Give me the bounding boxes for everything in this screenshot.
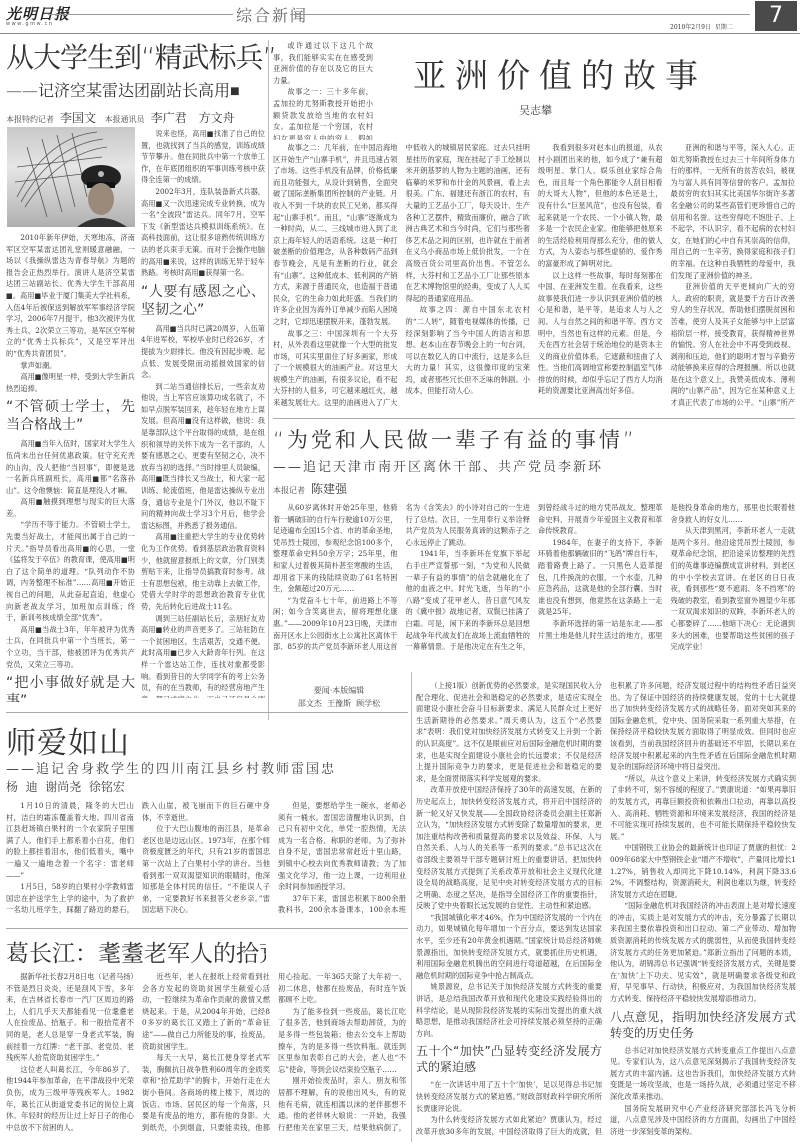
date-text: 2010年2月9日 [670,24,711,31]
page-number-box: 7 [755,1,797,31]
issue-date: 2010年2月9日 星期二 [670,22,733,31]
byline-label: 本报通讯员 [105,115,145,124]
paragraph: 以上这样一些故事，每时每刻都在中国、在亚洲发生着。在我看来，这些故事使我们进一步… [538,270,663,398]
paragraph: 或许通过以下这几个故事，我们能够实实在在感受到亚洲价值的存在以及它的巨大力量。 [273,40,373,86]
paragraph: 2002年3月，连队装备新式兵器，高用■又一次迅速完成专业转换，成为一名“全波段… [141,186,265,279]
paragraph: 近些年，老人在报纸上经常看到社会各方发起的资助贫困学生献爱心活动，一腔继续为革命… [142,971,270,1052]
article5-title: 葛长江：耄耋老军人的拾荒助学情 [6,935,266,968]
section-divider [6,928,408,929]
paragraph: “我国城镇化率才46%，作为中国经济发展的一个内在动力，如果城镇化每年增加一个百… [416,912,602,982]
article2-title: 亚洲价值的故事 [413,50,707,97]
paragraph: 高用■当战士3年，年年被评为优秀士兵，在同批兵中第一个当班长，第一个立功，当干部… [6,624,135,670]
paragraph: 中国钢铁工业协会的最新统计也印证了贾康的担忧：2009年68家大中型钢铁企业“增… [610,842,796,900]
paragraph: 从60岁离休时开始25年里，他骑着一辆破旧的自行车行驶逾10万公里，足迹遍布全国… [273,502,398,595]
masthead: 光明日报 www.gmw.cn 综合新闻 2010年2月9日 星期二 7 [0,0,800,34]
paragraph: 调到三站任副站长后，亲朋好友劝高用■转业的声音更多了。三站驻防在一个贫困地区，生… [141,613,265,698]
article3-byline: 本报记者陈建强 [273,480,353,497]
paragraph: 说来也怪，高用■找准了自己的位置，也就找到了当兵的感觉，训练成绩节节攀升。他在同… [141,128,265,186]
radar-officer-image [7,127,135,227]
paragraph: 姚景源说，总书记关于加快经济发展方式转变的重要讲话，是总结我国改革开放和现代化建… [416,981,602,1039]
author-name: 李广君 [151,111,187,125]
paragraph: 故事之四：源自中国东北农村的“二人转”，随着电视媒体的传播，已经深刻影响了当今中… [406,304,531,397]
paragraph: 高用■触摸到理想与现实的巨大落差。 [6,496,135,519]
paragraph: 改革开放使中国经济保持了30年的高速发展，在新的历史起点上，加快转变经济发展方式… [416,784,602,912]
paragraph: 这位老人叫葛长江，今年86岁了。他1944年参加革命，在平津战役中光荣负伤，成为… [6,1064,134,1134]
article5-body: 据新华社长春2月8日电（记者马扬）不管是烈日炎炎，还是刮风下雪，多年来，在吉林省… [6,971,406,1139]
weekday-text: 星期二 [715,24,733,31]
article2-body: 故事之二：几年前，在中国沿海地区开始生产“山寨手机”，并且迅速占领了市场。这些手… [273,142,795,414]
paragraph: 据新华社长春2月8日电（记者马扬）不管是烈日炎炎，还是刮风下雪，多年来，在吉林省… [6,971,134,1064]
article2-lead-col: 或许通过以下这几个故事，我们能够实实在在感受到亚洲价值的存在以及它的巨大力量。 … [273,40,373,140]
paragraph: 到二站当通信排长后，一些亲友劝他说，当上军官应该算功成名就了，不如早点脱军装回来… [141,381,265,532]
paragraph: 为了能多捡到一些废品，葛长江吃了很多苦，他到商场去帮助卸货，为的是多得一些包装箱… [278,1006,406,1076]
paragraph: 但是，要想给学生一碗水，老师必须有一桶水。雷国忠清醒地认识到，自己只有初中文化，… [278,800,406,893]
paragraph: 2010年新年伊始，天寒地冻，济南军区空军某雷达团礼堂则暖意融融，一场以《我操纵… [6,232,135,360]
article1-col1: 2010年新年伊始，天寒地冻，济南军区空军某雷达团礼堂则暖意融融，一场以《我操纵… [6,232,135,702]
paragraph: 高用■当兵时已满20周岁，入伍第4年进军校，军校毕业时已经26岁，才提拔为少尉排… [141,323,265,381]
article4-title: 师爱如山 [6,718,130,762]
article3-subtitle: ——追记天津市南开区离休干部、共产党员李新环 [273,456,603,475]
article3-body: 从60岁离休时开始25年里，他骑着一辆破旧的自行车行驶逾10万公里，足迹遍布全国… [273,502,795,662]
article-economic-development: （上接1版）创新优势的必然要求，是实现国民收入分配合理化、促进社会和谐稳定的必然… [416,680,796,1140]
subheading: 八点意见，指明加快经济发展方式转变的历史任务 [610,1009,796,1041]
author-name: 陈建强 [311,482,347,496]
logo-url: www.gmw.cn [6,21,54,27]
paragraph: 高用■注重把大学生的专业优势转化为工作优势。看到基层政治教育资料少，他就留意报纸… [141,531,265,612]
masthead-bottom-rule [0,33,800,34]
paragraph: 高用■当年入伍时，国家对大学生入伍尚未出台任何优惠政策。驻守充充秃的山沟，没人把… [6,438,135,496]
paragraph: （上接1版）创新优势的必然要求，是实现国民收入分配合理化、促进社会和谐稳定的必然… [416,680,602,784]
editors-box: 要闻·本版编辑 邵文杰 王豫斯 顾学松 [273,684,405,720]
editors-label: 要闻·本版编辑 [273,684,405,697]
paragraph: 掌声如潮。 [6,360,135,372]
article4-authors: 杨 迪 谢尚尧 徐铭宏 [6,778,125,795]
paragraph: “国际金融危机对我国经济的冲击表面上是对增长速度的冲击，实质上是对发展方式的冲击… [610,900,796,1004]
paragraph: “所以，从这个意义上来讲，转变经济发展方式确实到了非转不可，刻不容缓的程度了。”… [610,773,796,843]
article1-byline: 本报特约记者李国文 本报通讯员李广君方文舟 [6,109,264,126]
paragraph: 我看到很多对赵本山的报道，从农村小剧团出来的他，如今成了“兼有超级明星、掌门人、… [538,142,663,270]
section-divider [273,418,795,419]
column-divider [268,40,269,720]
author-name: 李国文 [60,111,96,125]
subheading: 五十个“加快”凸显转变经济发展方式的紧迫感 [416,1043,602,1075]
byline-label: 本报特约记者 [6,115,54,124]
article-ge-changjiang: 葛长江：耄耋老军人的拾荒助学情 据新华社长春2月8日电（记者马扬）不管是烈日炎炎… [6,935,406,1140]
paragraph: 国务院发展研究中心产业经济研究部部长冯飞分析道，八点意见涉及中国经济的方方面面，… [610,1103,796,1138]
article2-author: 吴志攀 [519,102,552,118]
article6-body: （上接1版）创新优势的必然要求，是实现国民收入分配合理化、促进社会和谐稳定的必然… [416,680,796,1140]
article1-title: 从大学生到“精武标兵” [6,40,264,76]
masthead-rule-left [48,14,233,15]
article3-title: “为党和人民做一辈子有益的事情” [273,424,637,454]
paragraph: 位于大巴山腹地的南江县，是革命老区也是边远山区。1973年，在那个师资极度匮乏的… [142,823,270,916]
subheading: “把小事做好就是大事” [6,674,135,702]
editors-names: 邵文杰 王豫斯 顾学松 [273,697,405,710]
subheading: “不管硕士学士，先当合格战士” [6,398,135,434]
column-divider [411,672,412,1142]
article-asian-values: 或许通过以下这几个故事，我们能够实实在在感受到亚洲价值的存在以及它的巨大力量。 … [273,40,795,415]
subheading: “人要有感恩之心、坚韧之心” [141,283,265,319]
byline-label: 本报记者 [273,486,305,495]
article-li-xinhuan: “为党和人民做一辈子有益的事情” ——追记天津市南开区离休干部、共产党员李新环 … [273,422,795,667]
article4-body: 1月10日的清晨，隆冬的大巴山村，洁白的霜冻覆盖着大地。四川省南江县赶场镇白果村… [6,800,406,920]
paragraph: 1984年，在妻子的支持下，李新环骑着他那辆破旧的“飞鸽”牌自行车，踏着路费上路… [538,537,663,618]
paragraph: 亚洲的和谐与平等，深入人心。正如尤努斯教授在过去三十年间所身体力行的那样，一无所… [671,142,796,281]
paragraph: 故事之二：几年前，在中国沿海地区开始生产“山寨手机”，并且迅速占领了市场。这些手… [273,142,398,328]
article1-col2: 说来也怪，高用■找准了自己的位置，也就找到了当兵的感觉，训练成绩节节攀升。他在同… [141,128,265,698]
paragraph: “学历不等于能力。不管硕士学士，先要当好战士，才能闯出属于自己的一片天。”指导员… [6,519,135,623]
article1-subtitle: ——记济空某雷达团副站长高用■ [6,80,264,102]
paragraph: 总书记对加快经济发展方式转变重点工作提出八点意见。专家们认为，这八点意见深刻揭示… [610,1045,796,1103]
paragraph: 故事之一：三十多年前，孟加拉的尤努斯教授开始把小额贷款发放给当地的农村妇女。孟加… [273,86,373,140]
paragraph: “在一次讲话中用了五十个‘加快’，足以见得总书记加快转变经济发展方式的紧迫感。”… [416,1079,602,1114]
paragraph: 高用■像明星一样，受到大学生新兵热烈追捧。 [6,371,135,394]
article4-subtitle: ——追记舍身救学生的四川南江县乡村教师雷国忠 [6,758,336,777]
article1-photo [7,127,135,227]
author-name: 方文舟 [199,111,235,125]
paragraph: 从天津到黑河，李新环老人一走就是两个多月。他沿途凭吊烈士陵园，参观革命纪念馆，把… [671,525,796,653]
page-number: 7 [769,3,783,28]
paragraph: 1月10日的清晨，隆冬的大巴山村，洁白的霜冻覆盖着大地。四川省南江县赶场镇白果村… [6,800,134,881]
article-gao-yong: 从大学生到“精武标兵” ——记济空某雷达团副站长高用■ 本报特约记者李国文 本报… [6,40,264,700]
masthead-rule-right [290,14,750,15]
article-lei-guozhong: 师爱如山 ——追记舍身救学生的四川南江县乡村教师雷国忠 杨 迪 谢尚尧 徐铭宏 … [6,718,406,923]
section-divider [6,712,408,713]
